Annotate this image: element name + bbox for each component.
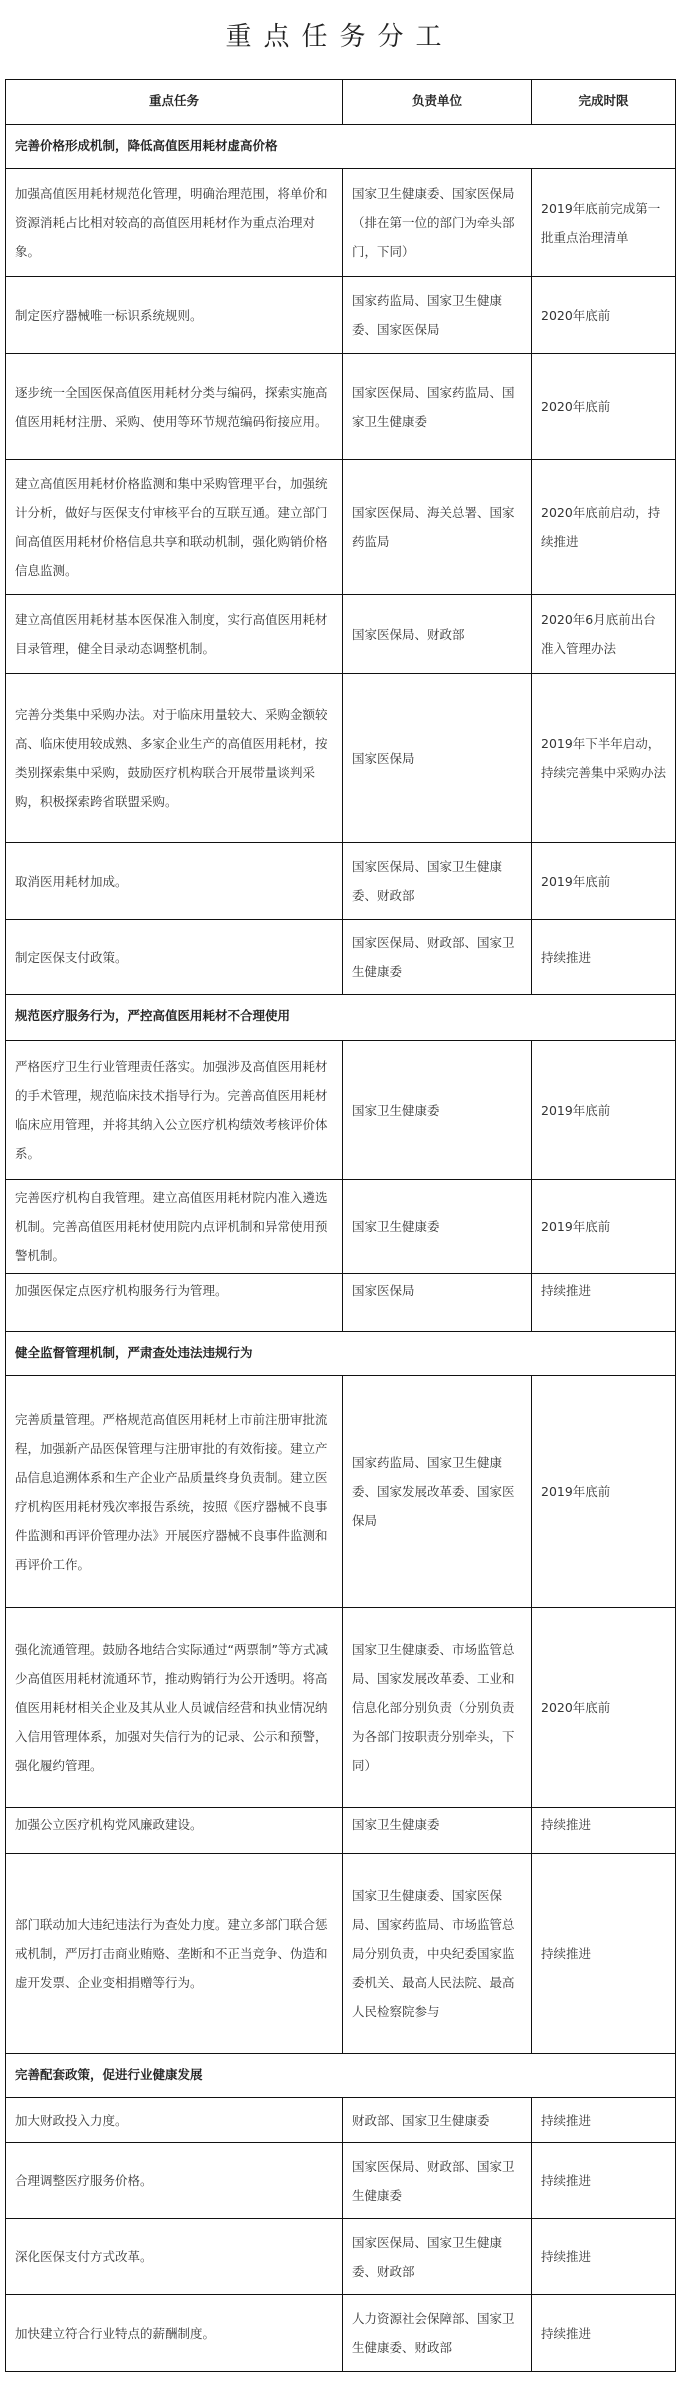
deadline-cell: 2020年底前 — [532, 354, 676, 460]
page-title: 重点任务分工 — [0, 16, 679, 53]
header-units: 负责单位 — [343, 80, 532, 125]
table-row: 完善质量管理。严格规范高值医用耗材上市前注册审批流程，加强新产品医保管理与注册审… — [6, 1376, 676, 1608]
task-cell: 强化流通管理。鼓励各地结合实际通过“两票制”等方式减少高值医用耗材流通环节，推动… — [6, 1608, 343, 1808]
deadline-cell: 2019年底前 — [532, 1180, 676, 1274]
table-row: 部门联动加大违纪违法行为查处力度。建立多部门联合惩戒机制，严厉打击商业贿赂、垄断… — [6, 1854, 676, 2054]
table-row: 严格医疗卫生行业管理责任落实。加强涉及高值医用耗材的手术管理，规范临床技术指导行… — [6, 1041, 676, 1180]
deadline-cell: 2019年下半年启动，持续完善集中采购办法 — [532, 674, 676, 843]
units-cell: 国家医保局、国家卫生健康委、财政部 — [343, 2219, 532, 2295]
task-cell: 制定医保支付政策。 — [6, 920, 343, 995]
task-cell: 深化医保支付方式改革。 — [6, 2219, 343, 2295]
task-cell: 加快建立符合行业特点的薪酬制度。 — [6, 2295, 343, 2372]
table-header-row: 重点任务 负责单位 完成时限 — [6, 80, 676, 125]
units-cell: 国家卫生健康委 — [343, 1808, 532, 1854]
units-cell: 国家卫生健康委、市场监管总局、国家发展改革委、工业和信息化部分别负责（分别负责为… — [343, 1608, 532, 1808]
units-cell: 国家药监局、国家卫生健康委、国家发展改革委、国家医保局 — [343, 1376, 532, 1608]
deadline-cell: 2019年底前 — [532, 843, 676, 920]
deadline-cell: 2019年底前 — [532, 1376, 676, 1608]
table-row: 加强高值医用耗材规范化管理，明确治理范围，将单价和资源消耗占比相对较高的高值医用… — [6, 169, 676, 277]
task-cell: 加强高值医用耗材规范化管理，明确治理范围，将单价和资源消耗占比相对较高的高值医用… — [6, 169, 343, 277]
deadline-cell: 2020年底前 — [532, 1608, 676, 1808]
deadline-cell: 2020年底前 — [532, 277, 676, 354]
task-division-table: 重点任务 负责单位 完成时限 完善价格形成机制，降低高值医用耗材虚高价格 加强高… — [5, 79, 676, 2372]
units-cell: 国家医保局 — [343, 1274, 532, 1332]
table-row: 建立高值医用耗材价格监测和集中采购管理平台，加强统计分析，做好与医保支付审核平台… — [6, 460, 676, 595]
table-row: 加大财政投入力度。 财政部、国家卫生健康委 持续推进 — [6, 2098, 676, 2143]
table-row: 深化医保支付方式改革。 国家医保局、国家卫生健康委、财政部 持续推进 — [6, 2219, 676, 2295]
task-cell: 完善质量管理。严格规范高值医用耗材上市前注册审批流程，加强新产品医保管理与注册审… — [6, 1376, 343, 1608]
section-heading: 规范医疗服务行为，严控高值医用耗材不合理使用 — [6, 995, 676, 1041]
task-cell: 完善医疗机构自我管理。建立高值医用耗材院内准入遴选机制。完善高值医用耗材使用院内… — [6, 1180, 343, 1274]
table-row: 制定医保支付政策。 国家医保局、财政部、国家卫生健康委 持续推进 — [6, 920, 676, 995]
units-cell: 国家卫生健康委、国家医保局（排在第一位的部门为牵头部门，下同） — [343, 169, 532, 277]
deadline-cell: 持续推进 — [532, 2098, 676, 2143]
deadline-cell: 持续推进 — [532, 2295, 676, 2372]
table-row: 加强公立医疗机构党风廉政建设。 国家卫生健康委 持续推进 — [6, 1808, 676, 1854]
table-row: 完善医疗机构自我管理。建立高值医用耗材院内准入遴选机制。完善高值医用耗材使用院内… — [6, 1180, 676, 1274]
units-cell: 国家医保局 — [343, 674, 532, 843]
deadline-cell: 2020年底前启动，持续推进 — [532, 460, 676, 595]
header-task: 重点任务 — [6, 80, 343, 125]
units-cell: 国家医保局、财政部 — [343, 595, 532, 674]
deadline-cell: 持续推进 — [532, 2219, 676, 2295]
table-row: 取消医用耗材加成。 国家医保局、国家卫生健康委、财政部 2019年底前 — [6, 843, 676, 920]
section-heading: 完善配套政策，促进行业健康发展 — [6, 2054, 676, 2098]
units-cell: 国家卫生健康委、国家医保局、国家药监局、市场监管总局分别负责，中央纪委国家监委机… — [343, 1854, 532, 2054]
task-cell: 建立高值医用耗材基本医保准入制度，实行高值医用耗材目录管理，健全目录动态调整机制… — [6, 595, 343, 674]
units-cell: 国家药监局、国家卫生健康委、国家医保局 — [343, 277, 532, 354]
task-cell: 建立高值医用耗材价格监测和集中采购管理平台，加强统计分析，做好与医保支付审核平台… — [6, 460, 343, 595]
header-deadline: 完成时限 — [532, 80, 676, 125]
task-cell: 加大财政投入力度。 — [6, 2098, 343, 2143]
table-row: 建立高值医用耗材基本医保准入制度，实行高值医用耗材目录管理，健全目录动态调整机制… — [6, 595, 676, 674]
units-cell: 国家医保局、海关总署、国家药监局 — [343, 460, 532, 595]
units-cell: 国家卫生健康委 — [343, 1041, 532, 1180]
task-cell: 制定医疗器械唯一标识系统规则。 — [6, 277, 343, 354]
task-cell: 加强公立医疗机构党风廉政建设。 — [6, 1808, 343, 1854]
deadline-cell: 持续推进 — [532, 1808, 676, 1854]
table-row: 加快建立符合行业特点的薪酬制度。 人力资源社会保障部、国家卫生健康委、财政部 持… — [6, 2295, 676, 2372]
deadline-cell: 持续推进 — [532, 920, 676, 995]
section-row: 完善价格形成机制，降低高值医用耗材虚高价格 — [6, 125, 676, 169]
section-row: 规范医疗服务行为，严控高值医用耗材不合理使用 — [6, 995, 676, 1041]
task-cell: 完善分类集中采购办法。对于临床用量较大、采购金额较高、临床使用较成熟、多家企业生… — [6, 674, 343, 843]
task-cell: 部门联动加大违纪违法行为查处力度。建立多部门联合惩戒机制，严厉打击商业贿赂、垄断… — [6, 1854, 343, 2054]
table-row: 强化流通管理。鼓励各地结合实际通过“两票制”等方式减少高值医用耗材流通环节，推动… — [6, 1608, 676, 1808]
deadline-cell: 持续推进 — [532, 1274, 676, 1332]
units-cell: 国家医保局、国家卫生健康委、财政部 — [343, 843, 532, 920]
section-heading: 健全监督管理机制，严肃查处违法违规行为 — [6, 1332, 676, 1376]
units-cell: 国家卫生健康委 — [343, 1180, 532, 1274]
deadline-cell: 持续推进 — [532, 1854, 676, 2054]
task-cell: 合理调整医疗服务价格。 — [6, 2143, 343, 2219]
section-heading: 完善价格形成机制，降低高值医用耗材虚高价格 — [6, 125, 676, 169]
units-cell: 国家医保局、财政部、国家卫生健康委 — [343, 920, 532, 995]
deadline-cell: 持续推进 — [532, 2143, 676, 2219]
task-cell: 取消医用耗材加成。 — [6, 843, 343, 920]
units-cell: 国家医保局、财政部、国家卫生健康委 — [343, 2143, 532, 2219]
deadline-cell: 2020年6月底前出台准入管理办法 — [532, 595, 676, 674]
table-row: 制定医疗器械唯一标识系统规则。 国家药监局、国家卫生健康委、国家医保局 2020… — [6, 277, 676, 354]
table-row: 完善分类集中采购办法。对于临床用量较大、采购金额较高、临床使用较成熟、多家企业生… — [6, 674, 676, 843]
table-row: 合理调整医疗服务价格。 国家医保局、财政部、国家卫生健康委 持续推进 — [6, 2143, 676, 2219]
section-row: 健全监督管理机制，严肃查处违法违规行为 — [6, 1332, 676, 1376]
task-cell: 严格医疗卫生行业管理责任落实。加强涉及高值医用耗材的手术管理，规范临床技术指导行… — [6, 1041, 343, 1180]
section-row: 完善配套政策，促进行业健康发展 — [6, 2054, 676, 2098]
units-cell: 人力资源社会保障部、国家卫生健康委、财政部 — [343, 2295, 532, 2372]
deadline-cell: 2019年底前 — [532, 1041, 676, 1180]
table-row: 逐步统一全国医保高值医用耗材分类与编码，探索实施高值医用耗材注册、采购、使用等环… — [6, 354, 676, 460]
deadline-cell: 2019年底前完成第一批重点治理清单 — [532, 169, 676, 277]
table-row: 加强医保定点医疗机构服务行为管理。 国家医保局 持续推进 — [6, 1274, 676, 1332]
units-cell: 国家医保局、国家药监局、国家卫生健康委 — [343, 354, 532, 460]
task-cell: 加强医保定点医疗机构服务行为管理。 — [6, 1274, 343, 1332]
units-cell: 财政部、国家卫生健康委 — [343, 2098, 532, 2143]
task-cell: 逐步统一全国医保高值医用耗材分类与编码，探索实施高值医用耗材注册、采购、使用等环… — [6, 354, 343, 460]
